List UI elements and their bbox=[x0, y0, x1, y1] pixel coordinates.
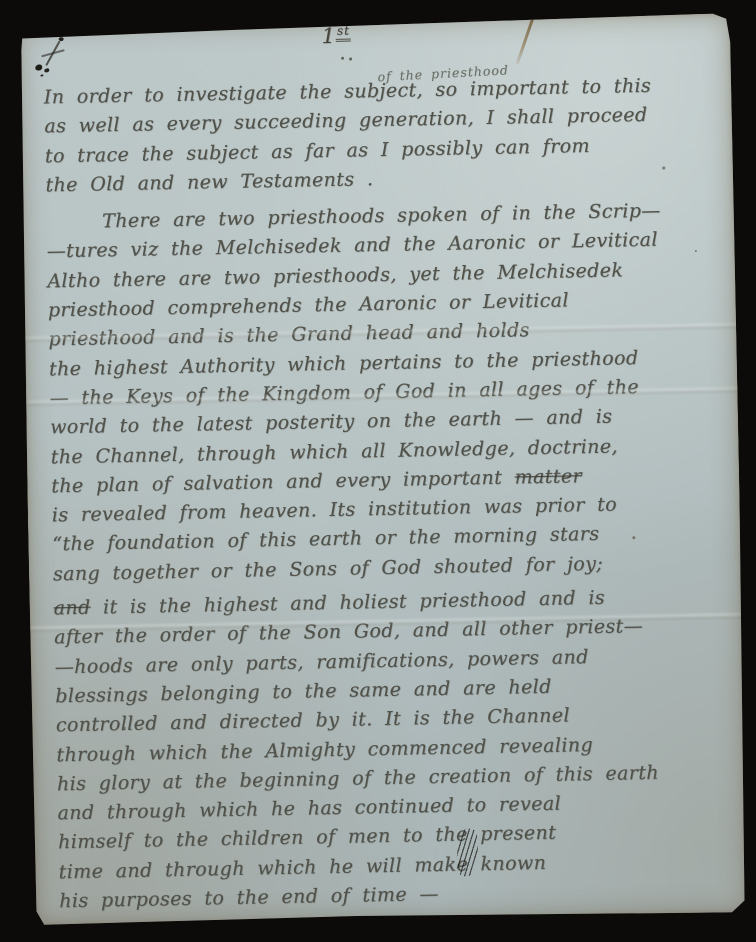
struck-word: matter bbox=[514, 465, 582, 488]
heading-number: 1 bbox=[321, 24, 336, 48]
ink-blot-icon bbox=[59, 37, 64, 41]
manuscript-page: 1st of the priesthood In order to invest… bbox=[18, 13, 747, 926]
line-text: controlled and directed by it. It is the… bbox=[56, 705, 570, 737]
page-title: 1st bbox=[321, 24, 351, 49]
paper-speck-icon bbox=[124, 727, 126, 729]
manuscript-lines: In order to investigate the subject, so … bbox=[44, 70, 738, 916]
line-text: the Old and new Testaments . bbox=[45, 168, 373, 196]
stain-icon bbox=[516, 16, 535, 64]
heading-underline-dots-icon bbox=[341, 57, 344, 60]
line-text: the plan of salvation and every importan… bbox=[51, 466, 515, 497]
paper-speck-icon bbox=[695, 250, 697, 252]
paper-speck-icon bbox=[224, 425, 226, 427]
paper-speck-icon bbox=[662, 167, 665, 170]
paper-speck-icon bbox=[632, 536, 635, 539]
line-text: his purposes to the end of time — bbox=[59, 883, 439, 912]
struck-word: and bbox=[53, 597, 90, 620]
line-text: priesthood and is the Grand head and hol… bbox=[48, 320, 530, 351]
line-text: himself to the children of men to the pr… bbox=[58, 822, 557, 854]
photo-background: 1st of the priesthood In order to invest… bbox=[0, 0, 756, 942]
ink-blot-icon bbox=[35, 64, 42, 70]
heading-suffix: st bbox=[336, 24, 351, 42]
